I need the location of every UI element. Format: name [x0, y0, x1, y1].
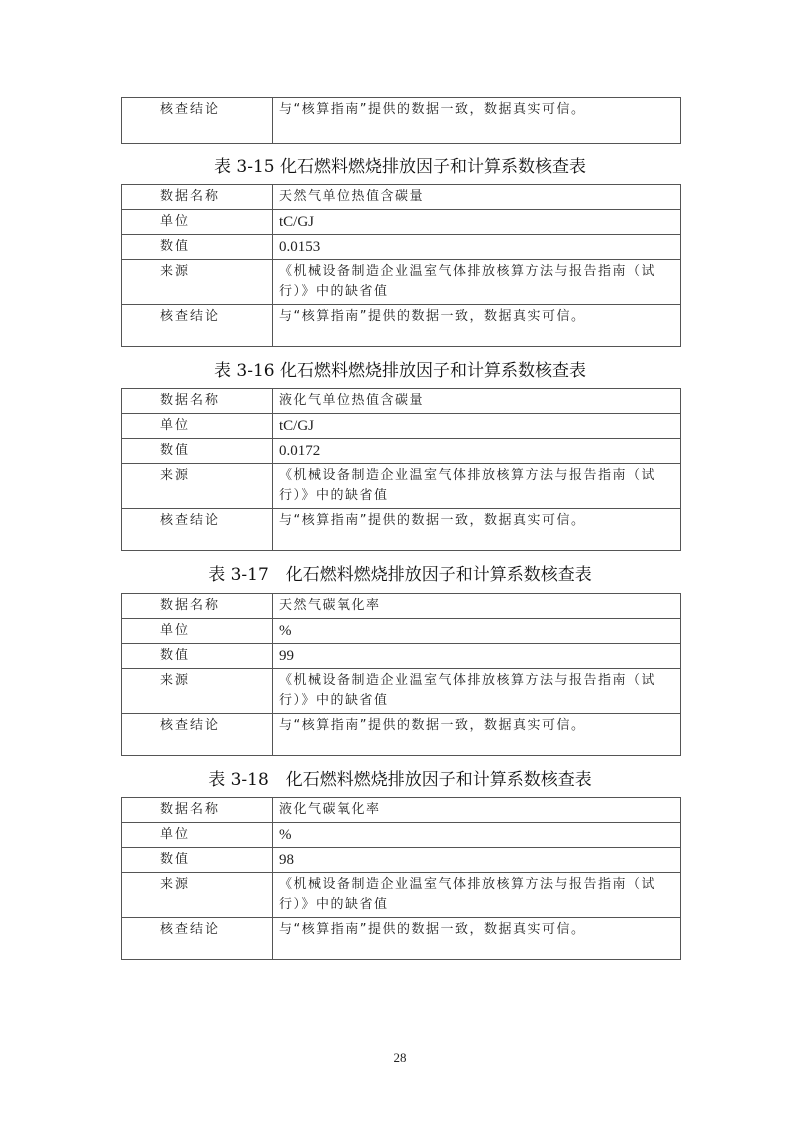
row-label: 来源: [122, 669, 273, 714]
row-label: 来源: [122, 464, 273, 509]
row-value: 99: [273, 644, 681, 669]
row-value: 与“核算指南”提供的数据一致，数据真实可信。: [273, 918, 681, 960]
row-value: 《机械设备制造企业温室气体排放核算方法与报告指南（试行）》中的缺省值: [273, 669, 681, 714]
row-value: 天然气碳氧化率: [273, 594, 681, 619]
table-title: 表 3-17 化石燃料燃烧排放因子和计算系数核查表: [0, 560, 800, 585]
row-label: 来源: [122, 873, 273, 918]
row-label: 单位: [122, 414, 273, 439]
row-label: 核查结论: [122, 509, 273, 551]
row-label: 核查结论: [122, 98, 273, 144]
row-value: tC/GJ: [273, 210, 681, 235]
row-label: 核查结论: [122, 714, 273, 756]
table-title: 表 3-18 化石燃料燃烧排放因子和计算系数核查表: [0, 765, 800, 790]
check-table-3-17: 数据名称天然气碳氧化率 单位% 数值99 来源《机械设备制造企业温室气体排放核算…: [121, 593, 681, 756]
row-value: 液化气碳氧化率: [273, 798, 681, 823]
row-value: 98: [273, 848, 681, 873]
row-label: 来源: [122, 260, 273, 305]
row-label: 核查结论: [122, 305, 273, 347]
row-value: %: [273, 823, 681, 848]
row-value: 与“核算指南”提供的数据一致，数据真实可信。: [273, 714, 681, 756]
row-value: tC/GJ: [273, 414, 681, 439]
row-value: 液化气单位热值含碳量: [273, 389, 681, 414]
table-title: 表 3-15 化石燃料燃烧排放因子和计算系数核查表: [0, 152, 800, 177]
row-label: 数值: [122, 235, 273, 260]
row-value: 0.0153: [273, 235, 681, 260]
row-label: 数值: [122, 644, 273, 669]
row-label: 数据名称: [122, 594, 273, 619]
table-title: 表 3-16 化石燃料燃烧排放因子和计算系数核查表: [0, 356, 800, 381]
row-label: 单位: [122, 619, 273, 644]
page-number: 28: [0, 1050, 800, 1066]
row-value: 《机械设备制造企业温室气体排放核算方法与报告指南（试行）》中的缺省值: [273, 464, 681, 509]
check-table-3-18: 数据名称液化气碳氧化率 单位% 数值98 来源《机械设备制造企业温室气体排放核算…: [121, 797, 681, 960]
row-label: 数据名称: [122, 185, 273, 210]
row-value: 与“核算指南”提供的数据一致，数据真实可信。: [273, 98, 681, 144]
row-value: 天然气单位热值含碳量: [273, 185, 681, 210]
row-value: 0.0172: [273, 439, 681, 464]
row-value: 《机械设备制造企业温室气体排放核算方法与报告指南（试行）》中的缺省值: [273, 873, 681, 918]
row-label: 单位: [122, 823, 273, 848]
row-label: 数值: [122, 439, 273, 464]
row-label: 核查结论: [122, 918, 273, 960]
row-label: 数据名称: [122, 798, 273, 823]
row-value: 《机械设备制造企业温室气体排放核算方法与报告指南（试行）》中的缺省值: [273, 260, 681, 305]
row-label: 数据名称: [122, 389, 273, 414]
row-value: 与“核算指南”提供的数据一致，数据真实可信。: [273, 509, 681, 551]
row-label: 数值: [122, 848, 273, 873]
row-value: %: [273, 619, 681, 644]
check-table-3-16: 数据名称液化气单位热值含碳量 单位tC/GJ 数值0.0172 来源《机械设备制…: [121, 388, 681, 551]
check-table-3-15: 数据名称天然气单位热值含碳量 单位tC/GJ 数值0.0153 来源《机械设备制…: [121, 184, 681, 347]
row-value: 与“核算指南”提供的数据一致，数据真实可信。: [273, 305, 681, 347]
partial-table-top: 核查结论 与“核算指南”提供的数据一致，数据真实可信。: [121, 97, 681, 144]
row-label: 单位: [122, 210, 273, 235]
